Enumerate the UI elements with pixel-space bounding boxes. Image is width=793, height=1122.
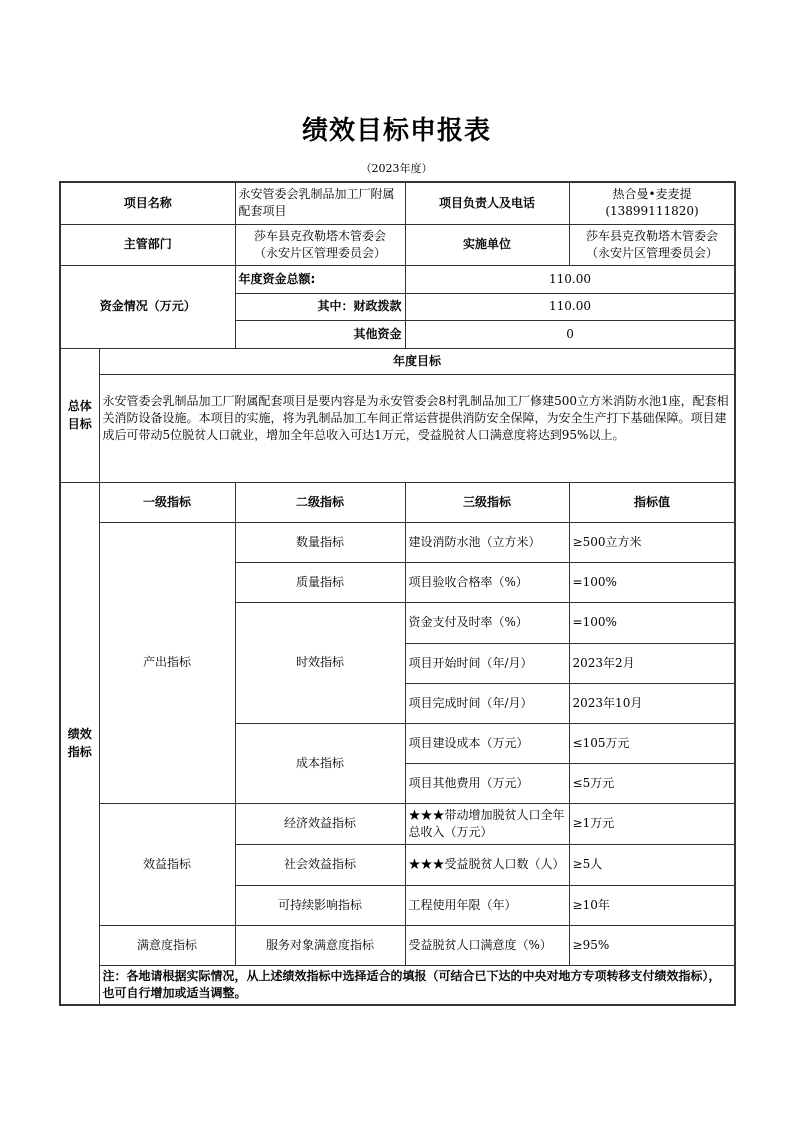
leader-phone: (13899111820) bbox=[573, 203, 732, 220]
table-row-level3: 项目建设成本（万元） bbox=[405, 723, 569, 763]
funding-other-label: 其他资金 bbox=[235, 320, 405, 348]
footnote: 注：各地请根据实际情况，从上述绩效指标中选择适合的填报（可结合已下达的中央对地方… bbox=[99, 965, 735, 1005]
project-leader-label: 项目负责人及电话 bbox=[405, 182, 569, 224]
level2-service: 服务对象满意度指标 bbox=[235, 925, 405, 965]
indicators-label-line2: 指标 bbox=[61, 743, 99, 761]
table-row-level3: ★★★带动增加脱贫人口全年总收入（万元） bbox=[405, 803, 569, 844]
impl-unit-label: 实施单位 bbox=[405, 224, 569, 265]
table-row-value: ≥5人 bbox=[569, 844, 735, 885]
header-level1: 一级指标 bbox=[99, 482, 235, 522]
level1-satisfaction: 满意度指标 bbox=[99, 925, 235, 965]
funding-total-label: 年度资金总额: bbox=[235, 265, 405, 293]
header-value: 指标值 bbox=[569, 482, 735, 522]
table-row-value: ≤5万元 bbox=[569, 763, 735, 803]
table-row-value: 2023年2月 bbox=[569, 643, 735, 683]
impl-line-1: 莎车县克孜勒塔木管委会 bbox=[573, 228, 732, 245]
table-row-level3: 工程使用年限（年） bbox=[405, 885, 569, 925]
leader-name: 热合曼•麦麦提 bbox=[573, 186, 732, 203]
indicators-label: 绩效 指标 bbox=[60, 482, 99, 1005]
table-row-value: ≤105万元 bbox=[569, 723, 735, 763]
table-row-value: ≥10年 bbox=[569, 885, 735, 925]
funding-total-value: 110.00 bbox=[405, 265, 735, 293]
table-row-level3: 受益脱贫人口满意度（%） bbox=[405, 925, 569, 965]
level2-sustainable: 可持续影响指标 bbox=[235, 885, 405, 925]
table-row-value: =100% bbox=[569, 562, 735, 602]
header-level2: 二级指标 bbox=[235, 482, 405, 522]
impl-line-2: （永安片区管理委员会） bbox=[573, 245, 732, 262]
funding-fiscal-label: 其中：财政拨款 bbox=[235, 293, 405, 320]
level2-quality: 质量指标 bbox=[235, 562, 405, 602]
table-row-level3: 项目开始时间（年/月） bbox=[405, 643, 569, 683]
level1-benefit: 效益指标 bbox=[99, 803, 235, 925]
funding-fiscal-value: 110.00 bbox=[405, 293, 735, 320]
annual-goal-header: 年度目标 bbox=[99, 348, 735, 374]
impl-unit-value: 莎车县克孜勒塔木管委会 （永安片区管理委员会） bbox=[569, 224, 735, 265]
overall-goal-label-line2: 目标 bbox=[61, 415, 99, 433]
dept-line-2: （永安片区管理委员会） bbox=[239, 245, 402, 262]
table-row-level3: ★★★受益脱贫人口数（人） bbox=[405, 844, 569, 885]
table-row-level3: 项目完成时间（年/月） bbox=[405, 683, 569, 723]
table-row-value: 2023年10月 bbox=[569, 683, 735, 723]
level2-cost: 成本指标 bbox=[235, 723, 405, 803]
project-name-value: 永安管委会乳制品加工厂附属配套项目 bbox=[235, 182, 405, 224]
page-title: 绩效目标申报表 bbox=[0, 110, 793, 147]
table-row-level3: 项目验收合格率（%） bbox=[405, 562, 569, 602]
indicators-label-line1: 绩效 bbox=[61, 725, 99, 743]
funding-label: 资金情况（万元） bbox=[60, 265, 235, 348]
supervising-dept-value: 莎车县克孜勒塔木管委会 （永安片区管理委员会） bbox=[235, 224, 405, 265]
overall-goal-label-line1: 总体 bbox=[61, 397, 99, 415]
overall-goal-label: 总体 目标 bbox=[60, 348, 99, 482]
table-row-level3: 建设消防水池（立方米） bbox=[405, 522, 569, 562]
funding-other-value: 0 bbox=[405, 320, 735, 348]
level2-social: 社会效益指标 bbox=[235, 844, 405, 885]
supervising-dept-label: 主管部门 bbox=[60, 224, 235, 265]
level2-timeliness: 时效指标 bbox=[235, 602, 405, 723]
table-row-value: =100% bbox=[569, 602, 735, 643]
level2-economic: 经济效益指标 bbox=[235, 803, 405, 844]
performance-target-table: 项目名称 永安管委会乳制品加工厂附属配套项目 项目负责人及电话 热合曼•麦麦提 … bbox=[59, 181, 736, 1006]
dept-line-1: 莎车县克孜勒塔木管委会 bbox=[239, 228, 402, 245]
level1-output: 产出指标 bbox=[99, 522, 235, 803]
table-row-level3: 资金支付及时率（%） bbox=[405, 602, 569, 643]
header-level3: 三级指标 bbox=[405, 482, 569, 522]
project-leader-value: 热合曼•麦麦提 (13899111820) bbox=[569, 182, 735, 224]
table-row-value: ≥95% bbox=[569, 925, 735, 965]
table-row-value: ≥1万元 bbox=[569, 803, 735, 844]
table-row-value: ≥500立方米 bbox=[569, 522, 735, 562]
annual-goal-description: 永安管委会乳制品加工厂附属配套项目是要内容是为永安管委会8村乳制品加工厂修建50… bbox=[99, 374, 735, 482]
table-row-level3: 项目其他费用（万元） bbox=[405, 763, 569, 803]
level2-quantity: 数量指标 bbox=[235, 522, 405, 562]
project-name-label: 项目名称 bbox=[60, 182, 235, 224]
fiscal-year: （2023年度） bbox=[0, 160, 793, 176]
